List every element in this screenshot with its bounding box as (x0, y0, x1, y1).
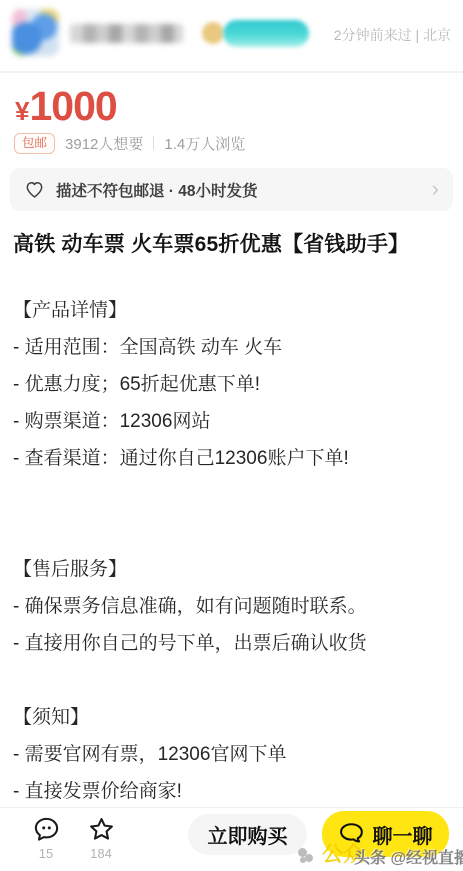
seller-avatar[interactable] (12, 9, 59, 56)
description-line: - 适用范围：全国高铁 动车 火车 (13, 329, 450, 366)
comment-action[interactable]: 15 (22, 815, 70, 861)
chat-button[interactable]: 聊一聊 (322, 811, 449, 857)
favorite-action[interactable]: 184 (77, 815, 125, 861)
price-meta-row: 包邮 3912人想要 1.4万人浏览 (14, 131, 245, 155)
seller-credit-badge (223, 20, 309, 47)
meta-divider (153, 136, 154, 150)
visit-status: 2分钟前来过 | 北京 (334, 25, 451, 45)
favorite-count: 184 (90, 846, 112, 861)
product-detail-page: 2分钟前来过 | 北京 ¥1000 包邮 3912人想要 1.4万人浏览 描述不… (0, 0, 463, 871)
seller-badge-dot (202, 22, 224, 44)
chevron-right-icon: › (432, 178, 439, 200)
header-divider (0, 71, 463, 73)
want-count: 3912人想要 (65, 133, 143, 154)
section-heading: 【售后服务】 (13, 551, 450, 588)
guarantee-banner[interactable]: 描述不符包邮退 · 48小时发货 › (10, 168, 453, 211)
view-count: 1.4万人浏览 (164, 133, 245, 154)
description-line: - 查看渠道：通过你自己12306账户下单! (13, 440, 450, 477)
seller-header: 2分钟前来过 | 北京 (12, 9, 451, 59)
description-line: - 需要官网有票，12306官网下单 (13, 736, 450, 773)
price-section: ¥1000 (15, 86, 117, 127)
comment-icon (32, 815, 61, 844)
free-shipping-badge: 包邮 (14, 133, 55, 154)
heart-icon (24, 179, 45, 200)
seller-name-redacted[interactable] (70, 24, 183, 43)
section-heading: 【产品详情】 (13, 292, 450, 329)
bottom-bar: 15 184 立即购买 聊一聊 (0, 807, 463, 871)
comment-count: 15 (39, 846, 53, 861)
listing-description: 【产品详情】 - 适用范围：全国高铁 动车 火车 - 优惠力度；65折起优惠下单… (13, 292, 450, 810)
listing-title: 高铁 动车票 火车票65折优惠【省钱助手】 (13, 228, 450, 258)
description-line: - 直接用你自己的号下单，出票后确认收货 (13, 625, 450, 662)
buy-now-button[interactable]: 立即购买 (188, 814, 307, 855)
guarantee-text: 描述不符包邮退 · 48小时发货 (56, 179, 432, 201)
chat-bubble-icon (339, 822, 366, 846)
price-amount: 1000 (29, 83, 116, 129)
currency-symbol: ¥ (15, 96, 29, 126)
buy-now-label: 立即购买 (208, 820, 288, 849)
star-icon (86, 815, 117, 844)
description-line: - 确保票务信息准确，如有问题随时联系。 (13, 588, 450, 625)
description-line: - 购票渠道：12306网站 (13, 403, 450, 440)
description-line: - 直接发票价给商家! (13, 773, 450, 810)
section-heading: 【须知】 (13, 699, 450, 736)
chat-label: 聊一聊 (373, 820, 433, 849)
description-line: - 优惠力度；65折起优惠下单! (13, 366, 450, 403)
